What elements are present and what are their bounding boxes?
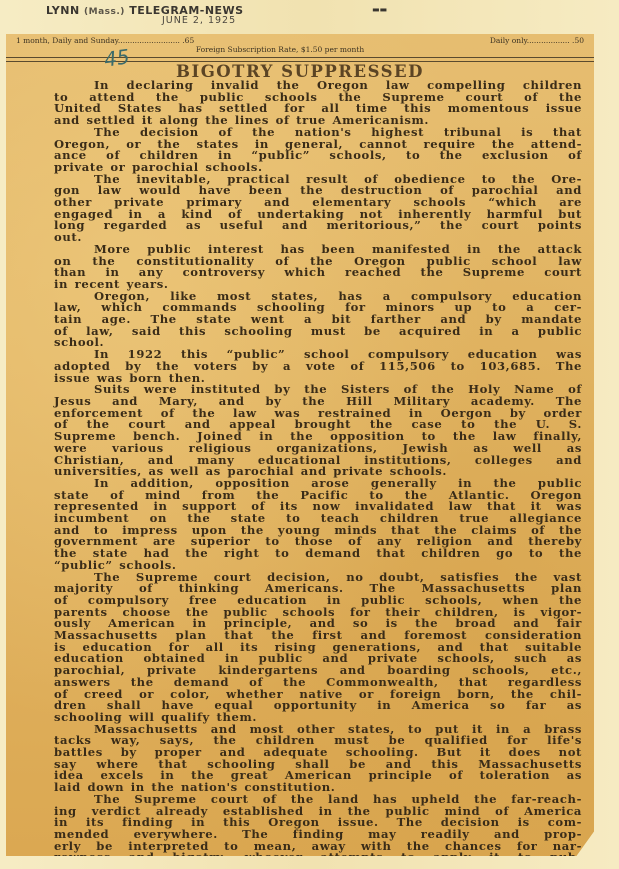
paper-city: LYNN (46, 4, 80, 17)
article-paragraph: Oregon, like most states, has a compulso… (14, 291, 582, 350)
rate-daily-only: Daily only.................. .50 (490, 36, 584, 45)
article-body: In declaring invalid the Oregon law comp… (14, 80, 582, 869)
article-paragraph: In 1922 this “public” school compulsory … (14, 349, 582, 384)
publication-date: JUNE 2, 1925 (162, 15, 236, 26)
article-paragraph: Suits were instituted by the Sisters of … (14, 384, 582, 478)
divider-rule (6, 57, 594, 58)
article-paragraph: In declaring invalid the Oregon law comp… (14, 80, 582, 127)
masthead: LYNN (Mass.) TELEGRAM-NEWS JUNE 2, 1925 … (0, 0, 619, 34)
paper-location: (Mass.) (84, 7, 125, 17)
article-paragraph: In addition, opposition arose generally … (14, 478, 582, 572)
subscription-rates: 1 month, Daily and Sunday...............… (16, 36, 584, 54)
article-paragraph: The decision of the nation's highest tri… (14, 127, 582, 174)
rate-daily-sunday: 1 month, Daily and Sunday...............… (16, 36, 194, 45)
stamp-mark: ▬▬ (372, 5, 387, 14)
article-line: lic policy and to the educational policy… (14, 864, 582, 869)
article-paragraph: The Supreme court of the land has upheld… (14, 794, 582, 869)
article-line: long regarded as useful and meritorious,… (14, 220, 582, 232)
article-line: rowness and bigotry, whoever attempts to… (14, 852, 582, 864)
article-paragraph: The Supreme court decision, no doubt, sa… (14, 572, 582, 724)
article-paragraph: The inevitable, practical result of obed… (14, 174, 582, 244)
article-paragraph: More public interest has been manifested… (14, 244, 582, 291)
foreign-rate: Foreign Subscription Rate, $1.50 per mon… (0, 45, 584, 54)
article-paragraph: Massachusetts and most other states, to … (14, 724, 582, 794)
newspaper-clipping: 1 month, Daily and Sunday...............… (6, 34, 594, 856)
